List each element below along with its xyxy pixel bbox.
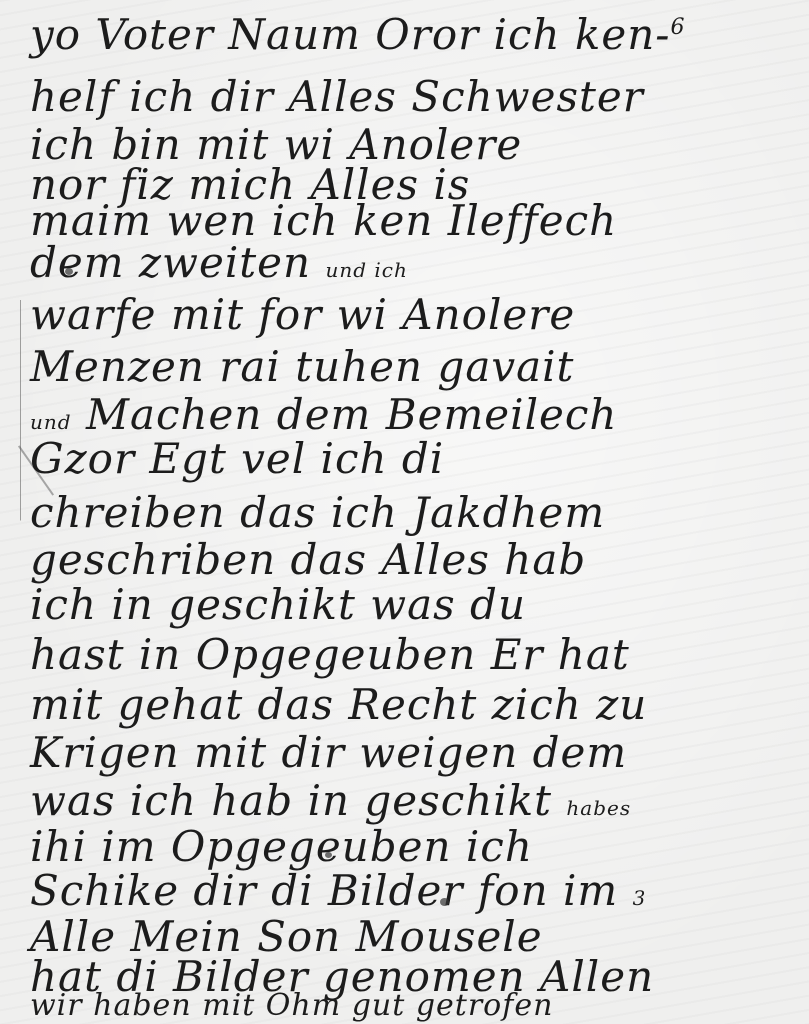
letter-line-2: helf ich dir Alles Schwester bbox=[30, 72, 644, 121]
letter-line-16: Krigen mit dir weigen dem bbox=[30, 728, 627, 777]
ink-spot bbox=[65, 268, 73, 275]
letter-line-7: warfe mit for wi Anolere bbox=[30, 290, 575, 339]
letter-line-10: Gzor Egt vel ich di bbox=[30, 434, 444, 483]
letter-line-6: dem zweiten und ich bbox=[30, 238, 408, 287]
letter-line-14: hast in Opgegeuben Er hat bbox=[30, 630, 630, 679]
letter-line-11: chreiben das ich Jakdhem bbox=[30, 488, 605, 537]
letter-line-8: Menzen rai tuhen gavait bbox=[30, 342, 574, 391]
letter-line-1: yo Voter Naum Oror ich ken-6 bbox=[30, 10, 685, 59]
letter-line-22: wir haben mit Ohm gut getrofen bbox=[30, 988, 553, 1023]
letter-line-13: ich in geschikt was du bbox=[30, 580, 526, 629]
letter-line-17: was ich hab in geschikt habes bbox=[30, 776, 631, 825]
ink-spot bbox=[325, 852, 332, 858]
ink-spot bbox=[440, 898, 449, 906]
letter-line-19: Schike dir di Bilder fon im 3 bbox=[30, 866, 646, 915]
letter-line-18: ihi im Opgegeuben ich bbox=[30, 822, 533, 871]
letter-line-15: mit gehat das Recht zich zu bbox=[30, 680, 647, 729]
letter-line-12: geschriben das Alles hab bbox=[30, 535, 586, 584]
letter-line-9: und Machen dem Bemeilech bbox=[30, 390, 617, 439]
